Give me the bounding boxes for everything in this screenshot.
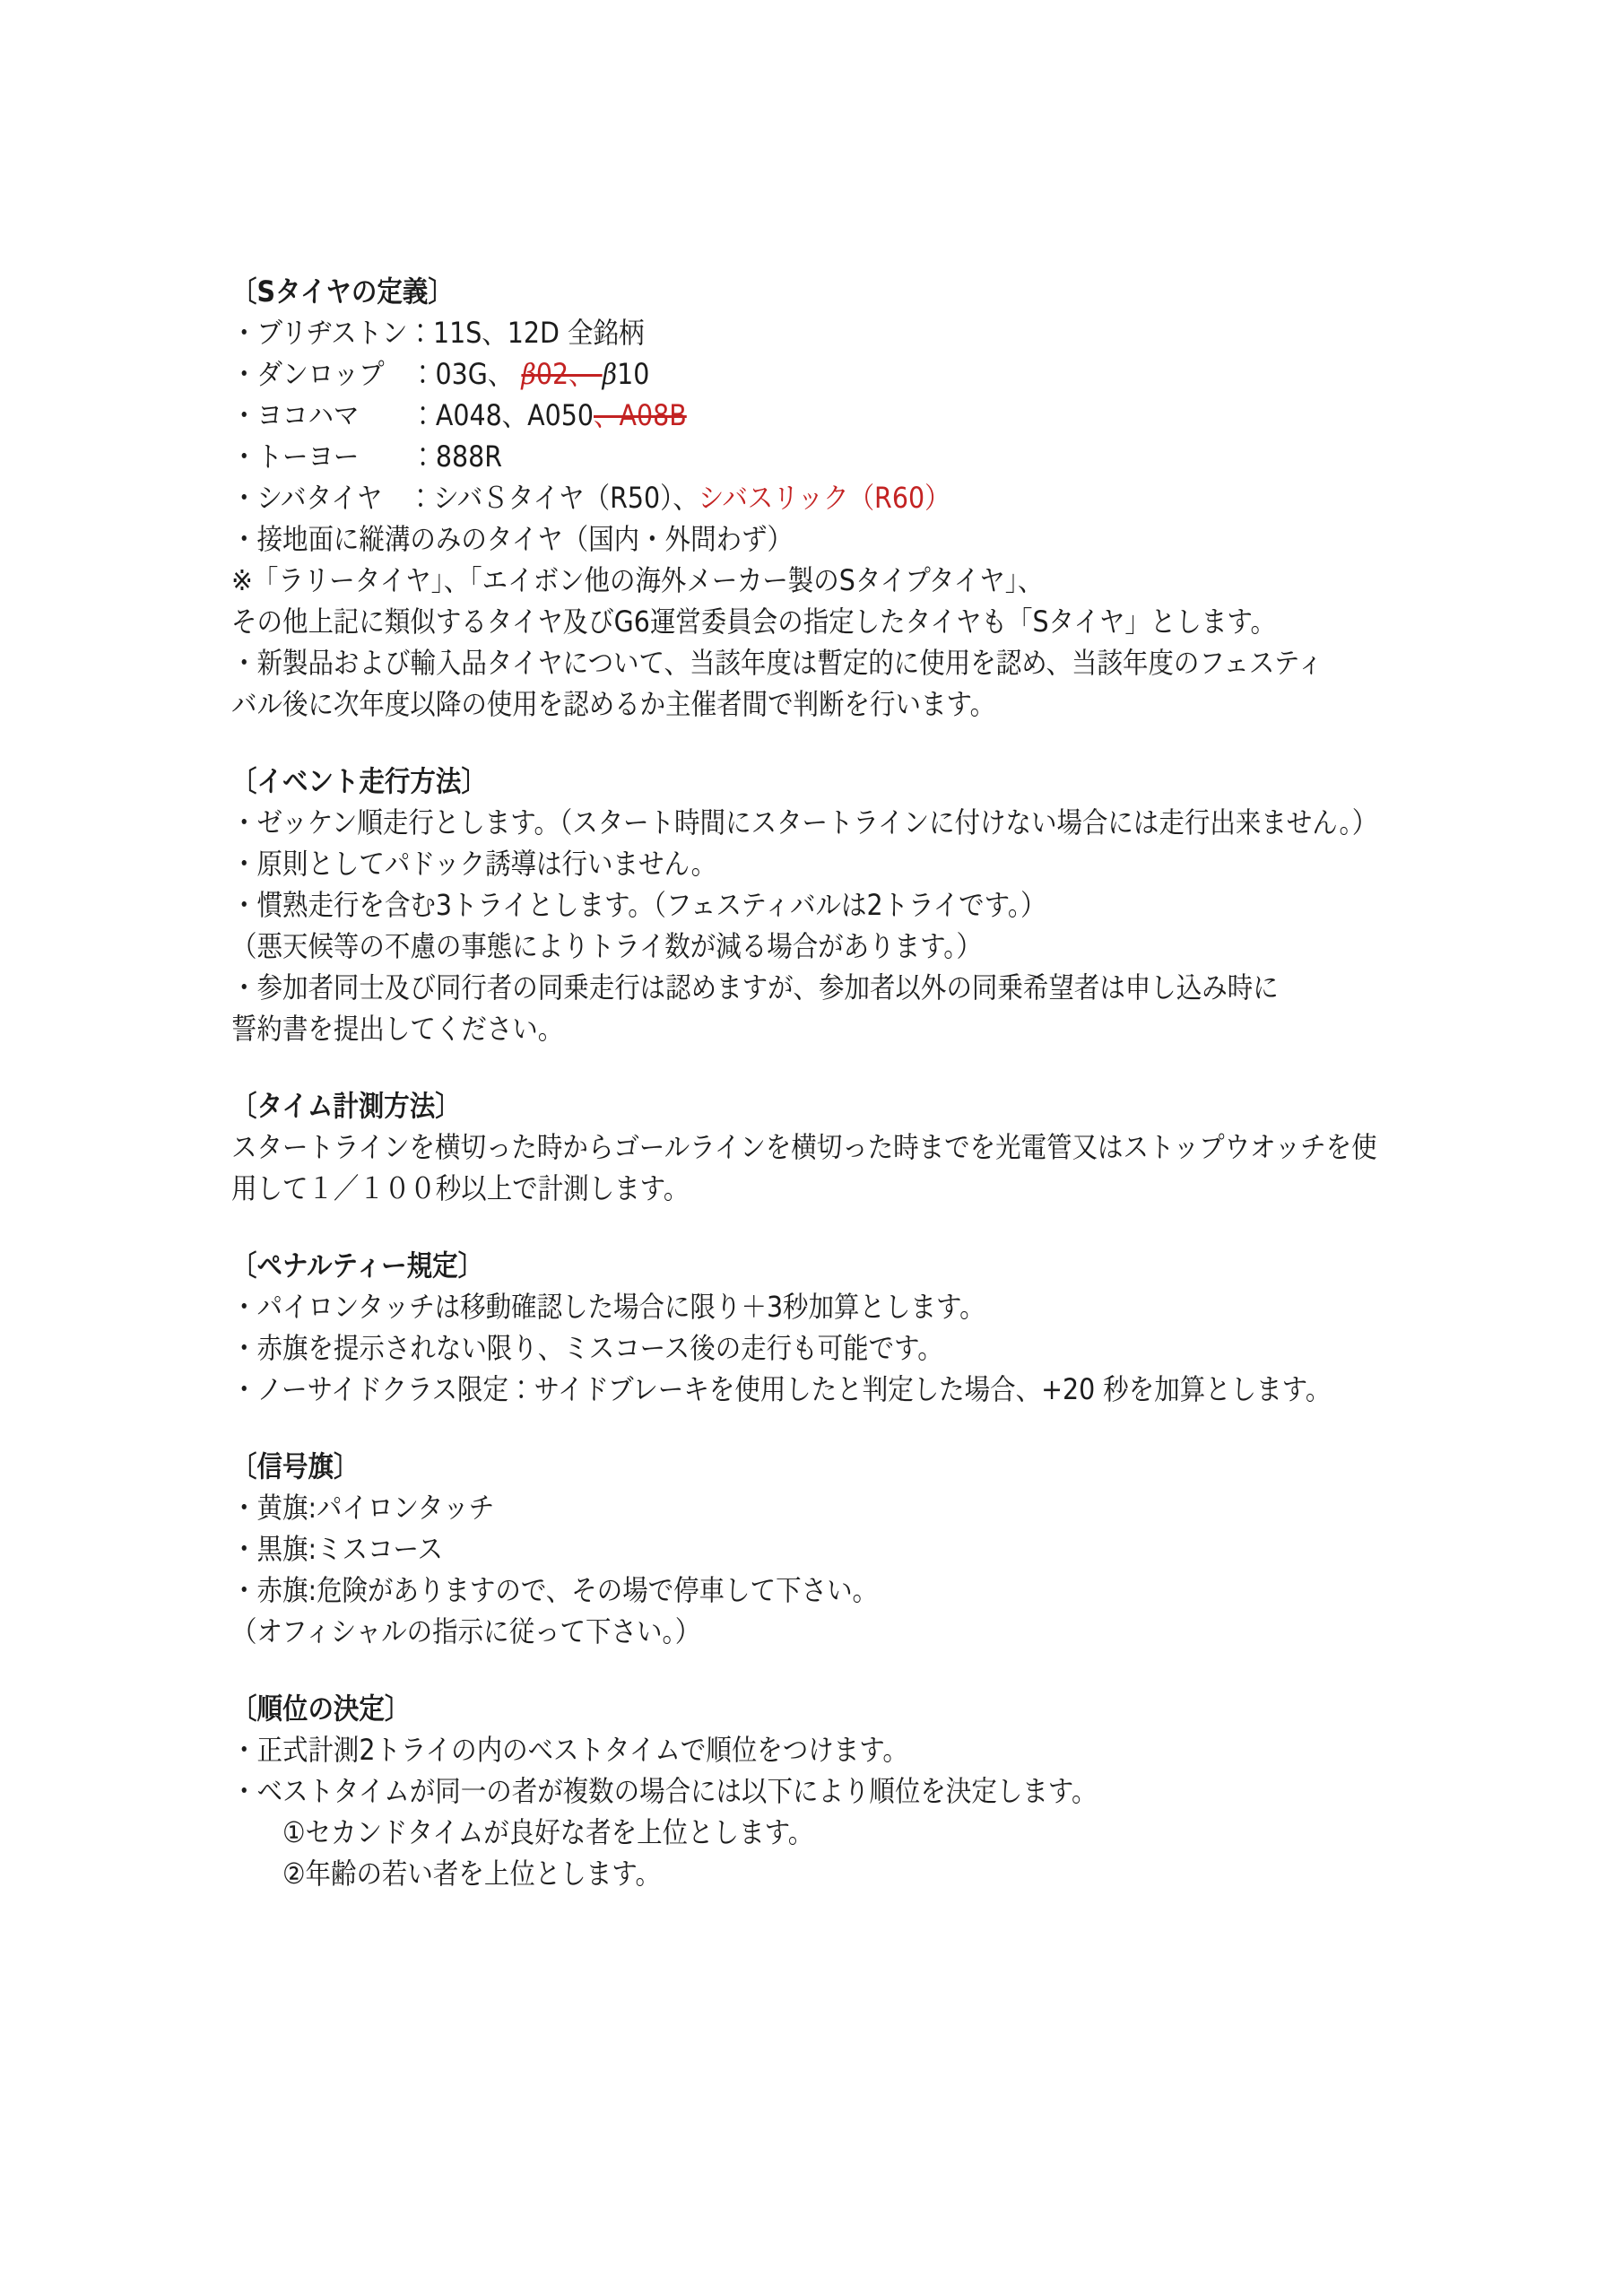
section-penalty-rules: 〔ペナルティー規定〕・パイロンタッチは移動確認した場合に限り＋3秒加算とします。… — [231, 1245, 1505, 1410]
text-line: ・黒旗:ミスコース — [231, 1528, 1365, 1570]
text-segment: スタートラインを横切った時からゴールラインを横切った時までを光電管又はストップウ… — [231, 1130, 1377, 1164]
section-heading-time-measurement: 〔タイム計測方法〕 — [231, 1085, 1365, 1126]
section-heading-ranking-decision: 〔順位の決定〕 — [231, 1688, 1365, 1729]
text-line: 誓約書を提出してください。 — [231, 1008, 1365, 1049]
text-line: ②年齢の若い者を上位とします。 — [231, 1853, 1365, 1894]
text-line: ※「ラリータイヤ」、「エイボン他の海外メーカー製のSタイプタイヤ」、 — [231, 560, 1365, 601]
text-segment: （オフィシャルの指示に従って下さい。） — [231, 1614, 700, 1648]
text-segment: ・ダンロップ ：03G、 — [231, 357, 521, 391]
text-line: ・慣熟走行を含む3トライとします。（フェスティバルは2トライです。） — [231, 884, 1365, 926]
text-line: ・黄旗:パイロンタッチ — [231, 1487, 1365, 1528]
deleted-text: 02、 — [536, 357, 603, 391]
section-heading-penalty-rules: 〔ペナルティー規定〕 — [231, 1245, 1365, 1286]
text-segment: 誓約書を提出してください。 — [231, 1012, 563, 1046]
text-line: （悪天候等の不慮の事態によりトライ数が減る場合があります。） — [231, 926, 1365, 967]
text-line: ・ゼッケン順走行とします。（スタート時間にスタートラインに付けない場合には走行出… — [231, 802, 1365, 843]
section-heading-signal-flags: 〔信号旗〕 — [231, 1446, 1365, 1487]
text-line: ・シバタイヤ ：シバＳタイヤ（R50）、シバスリック（R60） — [231, 477, 1365, 518]
section-signal-flags: 〔信号旗〕・黄旗:パイロンタッチ・黒旗:ミスコース・赤旗:危険がありますので、そ… — [231, 1446, 1505, 1652]
text-segment: ・黒旗:ミスコース — [231, 1532, 443, 1566]
text-segment: β — [603, 357, 617, 391]
text-line: スタートラインを横切った時からゴールラインを横切った時までを光電管又はストップウ… — [231, 1126, 1365, 1168]
deleted-text: 、A08B — [594, 398, 687, 432]
text-segment: ・ゼッケン順走行とします。（スタート時間にスタートラインに付けない場合には走行出… — [231, 805, 1377, 839]
text-segment: 10 — [617, 357, 649, 391]
text-line: ・ヨコハマ ：A048、A050、A08B — [231, 395, 1365, 436]
text-segment: ・ベストタイムが同一の者が複数の場合には以下により順位を決定します。 — [231, 1774, 1097, 1808]
text-line: ・赤旗を提示されない限り、ミスコース後の走行も可能です。 — [231, 1327, 1365, 1369]
text-segment: ※「ラリータイヤ」、「エイボン他の海外メーカー製のSタイプタイヤ」、 — [231, 563, 1043, 597]
text-segment: 用して１／１００秒以上で計測します。 — [231, 1171, 689, 1205]
text-segment: ・正式計測2トライの内のベストタイムで順位をつけます。 — [231, 1733, 908, 1767]
text-segment: ・パイロンタッチは移動確認した場合に限り＋3秒加算とします。 — [231, 1290, 985, 1324]
text-segment: その他上記に類似するタイヤ及びG6運営委員会の指定したタイヤも「Sタイヤ」としま… — [231, 604, 1276, 639]
section-ranking-decision: 〔順位の決定〕・正式計測2トライの内のベストタイムで順位をつけます。・ベストタイ… — [231, 1688, 1505, 1894]
text-segment: ・赤旗を提示されない限り、ミスコース後の走行も可能です。 — [231, 1331, 943, 1365]
deleted-text: β — [521, 357, 535, 391]
text-segment: ・ヨコハマ ：A048、A050 — [231, 398, 594, 432]
text-line: ・新製品および輸入品タイヤについて、当該年度は暫定的に使用を認め、当該年度のフェ… — [231, 642, 1365, 683]
text-segment: ・ノーサイドクラス限定：サイドブレーキを使用したと判定した場合、+20 秒を加算… — [231, 1372, 1331, 1406]
document-content: 〔Sタイヤの定義〕・ブリヂストン：11S、12D 全銘柄・ダンロップ ：03G、… — [231, 271, 1505, 1930]
text-segment: バル後に次年度以降の使用を認めるか主催者間で判断を行います。 — [231, 687, 995, 721]
text-line: ・参加者同士及び同行者の同乗走行は認めますが、参加者以外の同乗希望者は申し込み時… — [231, 967, 1365, 1008]
text-segment: ②年齢の若い者を上位とします。 — [231, 1857, 661, 1891]
section-s-tire-definition: 〔Sタイヤの定義〕・ブリヂストン：11S、12D 全銘柄・ダンロップ ：03G、… — [231, 271, 1505, 725]
text-segment: ①セカンドタイムが良好な者を上位とします。 — [231, 1815, 813, 1849]
section-heading-event-run-method: 〔イベント走行方法〕 — [231, 761, 1365, 802]
text-segment: ・ブリヂストン：11S、12D 全銘柄 — [231, 316, 644, 350]
text-line: ・ブリヂストン：11S、12D 全銘柄 — [231, 312, 1365, 353]
text-segment: ・シバタイヤ ：シバＳタイヤ（R50）、 — [231, 481, 699, 515]
text-segment: ・参加者同士及び同行者の同乗走行は認めますが、参加者以外の同乗希望者は申し込み時… — [231, 970, 1279, 1004]
text-segment: ・接地面に縦溝のみのタイヤ（国内・外問わず） — [231, 522, 793, 556]
text-line: ・パイロンタッチは移動確認した場合に限り＋3秒加算とします。 — [231, 1286, 1365, 1327]
text-line: 用して１／１００秒以上で計測します。 — [231, 1168, 1365, 1209]
document-page: 〔Sタイヤの定義〕・ブリヂストン：11S、12D 全銘柄・ダンロップ ：03G、… — [0, 0, 1623, 2296]
text-segment: ・原則としてパドック誘導は行いません。 — [231, 847, 716, 881]
text-line: ・ノーサイドクラス限定：サイドブレーキを使用したと判定した場合、+20 秒を加算… — [231, 1369, 1365, 1410]
text-line: ・トーヨー ：888R — [231, 436, 1365, 477]
text-line: （オフィシャルの指示に従って下さい。） — [231, 1611, 1365, 1652]
section-time-measurement: 〔タイム計測方法〕スタートラインを横切った時からゴールラインを横切った時までを光… — [231, 1085, 1505, 1209]
text-line: ・赤旗:危険がありますので、その場で停車して下さい。 — [231, 1570, 1365, 1611]
text-segment: （悪天候等の不慮の事態によりトライ数が減る場合があります。） — [231, 929, 982, 963]
text-line: ・ベストタイムが同一の者が複数の場合には以下により順位を決定します。 — [231, 1770, 1365, 1812]
section-heading-s-tire-definition: 〔Sタイヤの定義〕 — [231, 271, 1365, 312]
revised-text: シバスリック（R60） — [699, 481, 950, 515]
text-line: ・ダンロップ ：03G、 β02、 β10 — [231, 353, 1365, 395]
text-segment: ・新製品および輸入品タイヤについて、当該年度は暫定的に使用を認め、当該年度のフェ… — [231, 646, 1324, 680]
text-segment: ・黄旗:パイロンタッチ — [231, 1491, 494, 1525]
section-event-run-method: 〔イベント走行方法〕・ゼッケン順走行とします。（スタート時間にスタートラインに付… — [231, 761, 1505, 1049]
text-line: ・接地面に縦溝のみのタイヤ（国内・外問わず） — [231, 518, 1365, 560]
text-line: ・正式計測2トライの内のベストタイムで順位をつけます。 — [231, 1729, 1365, 1770]
text-segment: ・慣熟走行を含む3トライとします。（フェスティバルは2トライです。） — [231, 888, 1046, 922]
text-line: ・原則としてパドック誘導は行いません。 — [231, 843, 1365, 884]
text-segment: ・赤旗:危険がありますので、その場で停車して下さい。 — [231, 1573, 878, 1607]
text-line: ①セカンドタイムが良好な者を上位とします。 — [231, 1812, 1365, 1853]
text-line: その他上記に類似するタイヤ及びG6運営委員会の指定したタイヤも「Sタイヤ」としま… — [231, 601, 1365, 642]
text-segment: ・トーヨー ：888R — [231, 439, 502, 474]
text-line: バル後に次年度以降の使用を認めるか主催者間で判断を行います。 — [231, 683, 1365, 725]
